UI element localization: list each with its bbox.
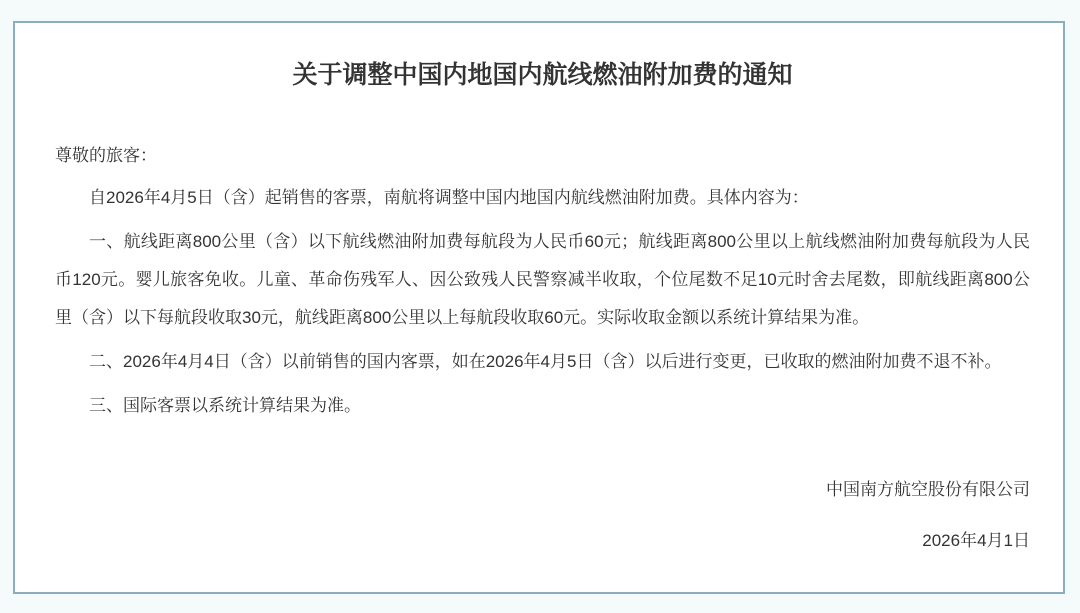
notice-title: 关于调整中国内地国内航线燃油附加费的通知: [55, 59, 1030, 91]
salutation: 尊敬的旅客：: [55, 143, 1030, 169]
paragraph-item-1: 一、航线距离800公里（含）以下航线燃油附加费每航段为人民币60元；航线距离80…: [55, 223, 1030, 337]
paragraph-item-2: 二、2026年4月4日（含）以前销售的国内客票，如在2026年4月5日（含）以后…: [55, 343, 1030, 381]
paragraph-intro: 自2026年4月5日（含）起销售的客票，南航将调整中国内地国内航线燃油附加费。具…: [55, 179, 1030, 217]
signature-company: 中国南方航空股份有限公司: [55, 471, 1030, 509]
notice-document: 关于调整中国内地国内航线燃油附加费的通知 尊敬的旅客： 自2026年4月5日（含…: [13, 21, 1065, 594]
signature-date: 2026年4月1日: [55, 522, 1030, 560]
paragraph-item-3: 三、国际客票以系统计算结果为准。: [55, 387, 1030, 425]
